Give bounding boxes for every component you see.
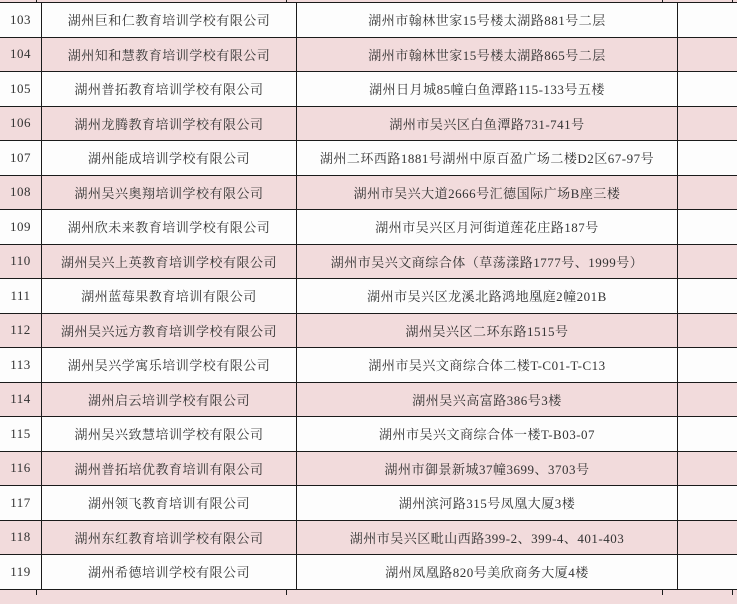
address-cell: 湖州吴兴区二环东路1515号 bbox=[297, 313, 678, 348]
partial-cell bbox=[663, 0, 733, 2]
address-cell: 湖州市御景新城37幢3699、3703号 bbox=[297, 451, 678, 486]
table-body: 103湖州巨和仁教育培训学校有限公司湖州市翰林世家15号楼太湖路881号二层10… bbox=[0, 3, 737, 590]
school-name-cell: 湖州吴兴致慧培训学校有限公司 bbox=[42, 417, 297, 452]
row-number-cell: 107 bbox=[0, 141, 42, 176]
row-number-cell: 110 bbox=[0, 244, 42, 279]
address-cell: 湖州市吴兴大道2666号汇德国际广场B座三楼 bbox=[297, 175, 678, 210]
school-name-cell: 湖州吴兴远方教育培训学校有限公司 bbox=[42, 313, 297, 348]
partial-cell bbox=[37, 590, 287, 595]
table-row: 114湖州启云培训学校有限公司湖州吴兴高富路386号3楼 bbox=[0, 382, 737, 417]
table-row: 118湖州东红教育培训学校有限公司湖州市吴兴区毗山西路399-2、399-4、4… bbox=[0, 520, 737, 555]
blank-cell bbox=[678, 141, 737, 176]
address-cell: 湖州市吴兴文商综合体一楼T-B03-07 bbox=[297, 417, 678, 452]
blank-cell bbox=[678, 382, 737, 417]
document-page: 103湖州巨和仁教育培训学校有限公司湖州市翰林世家15号楼太湖路881号二层10… bbox=[0, 0, 737, 604]
row-number-cell: 112 bbox=[0, 313, 42, 348]
row-number-cell: 103 bbox=[0, 3, 42, 38]
row-number-cell: 105 bbox=[0, 72, 42, 107]
row-number-cell: 115 bbox=[0, 417, 42, 452]
partial-cell bbox=[0, 590, 37, 595]
row-number-cell: 108 bbox=[0, 175, 42, 210]
school-name-cell: 湖州希德培训学校有限公司 bbox=[42, 555, 297, 590]
blank-cell bbox=[678, 279, 737, 314]
school-name-cell: 湖州启云培训学校有限公司 bbox=[42, 382, 297, 417]
partial-cell bbox=[0, 0, 37, 2]
partial-row-bottom bbox=[0, 590, 733, 595]
address-cell: 湖州日月城85幢白鱼潭路115-133号五楼 bbox=[297, 72, 678, 107]
blank-cell bbox=[678, 244, 737, 279]
blank-cell bbox=[678, 520, 737, 555]
address-cell: 湖州市吴兴区白鱼潭路731-741号 bbox=[297, 106, 678, 141]
school-list-table: 103湖州巨和仁教育培训学校有限公司湖州市翰林世家15号楼太湖路881号二层10… bbox=[0, 2, 737, 590]
address-cell: 湖州市吴兴文商综合体（草荡漾路1777号、1999号） bbox=[297, 244, 678, 279]
school-name-cell: 湖州龙腾教育培训学校有限公司 bbox=[42, 106, 297, 141]
table-row: 113湖州吴兴学寓乐培训学校有限公司湖州市吴兴文商综合体二楼T-C01-T-C1… bbox=[0, 348, 737, 383]
address-cell: 湖州市吴兴区龙溪北路鸿地凰庭2幢201B bbox=[297, 279, 678, 314]
address-cell: 湖州市翰林世家15号楼太湖路865号二层 bbox=[297, 37, 678, 72]
partial-cell bbox=[663, 590, 733, 595]
row-number-cell: 118 bbox=[0, 520, 42, 555]
table-row: 116湖州普拓培优教育培训有限公司湖州市御景新城37幢3699、3703号 bbox=[0, 451, 737, 486]
school-name-cell: 湖州吴兴上英教育培训学校有限公司 bbox=[42, 244, 297, 279]
school-name-cell: 湖州吴兴学寓乐培训学校有限公司 bbox=[42, 348, 297, 383]
table-row: 104湖州知和慧教育培训学校有限公司湖州市翰林世家15号楼太湖路865号二层 bbox=[0, 37, 737, 72]
blank-cell bbox=[678, 417, 737, 452]
blank-cell bbox=[678, 3, 737, 38]
partial-cell bbox=[37, 0, 287, 2]
row-number-cell: 111 bbox=[0, 279, 42, 314]
table-row: 103湖州巨和仁教育培训学校有限公司湖州市翰林世家15号楼太湖路881号二层 bbox=[0, 3, 737, 38]
table-row: 110湖州吴兴上英教育培训学校有限公司湖州市吴兴文商综合体（草荡漾路1777号、… bbox=[0, 244, 737, 279]
row-number-cell: 116 bbox=[0, 451, 42, 486]
table-row: 112湖州吴兴远方教育培训学校有限公司湖州吴兴区二环东路1515号 bbox=[0, 313, 737, 348]
table-row: 107湖州能成培训学校有限公司湖州二环西路1881号湖州中原百盈广场二楼D2区6… bbox=[0, 141, 737, 176]
address-cell: 湖州市翰林世家15号楼太湖路881号二层 bbox=[297, 3, 678, 38]
school-name-cell: 湖州蓝莓果教育培训有限公司 bbox=[42, 279, 297, 314]
blank-cell bbox=[678, 37, 737, 72]
row-number-cell: 119 bbox=[0, 555, 42, 590]
row-number-cell: 104 bbox=[0, 37, 42, 72]
address-cell: 湖州市吴兴区毗山西路399-2、399-4、401-403 bbox=[297, 520, 678, 555]
address-cell: 湖州市吴兴文商综合体二楼T-C01-T-C13 bbox=[297, 348, 678, 383]
school-name-cell: 湖州巨和仁教育培训学校有限公司 bbox=[42, 3, 297, 38]
table-row: 105湖州普拓教育培训学校有限公司湖州日月城85幢白鱼潭路115-133号五楼 bbox=[0, 72, 737, 107]
table-row: 106湖州龙腾教育培训学校有限公司湖州市吴兴区白鱼潭路731-741号 bbox=[0, 106, 737, 141]
blank-cell bbox=[678, 555, 737, 590]
school-name-cell: 湖州能成培训学校有限公司 bbox=[42, 141, 297, 176]
partial-cell bbox=[287, 0, 663, 2]
blank-cell bbox=[678, 72, 737, 107]
blank-cell bbox=[678, 313, 737, 348]
partial-row-top bbox=[0, 0, 733, 2]
row-number-cell: 113 bbox=[0, 348, 42, 383]
blank-cell bbox=[678, 451, 737, 486]
address-cell: 湖州二环西路1881号湖州中原百盈广场二楼D2区67-97号 bbox=[297, 141, 678, 176]
row-number-cell: 114 bbox=[0, 382, 42, 417]
table-row: 117湖州领飞教育培训有限公司湖州滨河路315号凤凰大厦3楼 bbox=[0, 486, 737, 521]
blank-cell bbox=[678, 348, 737, 383]
table-row: 108湖州吴兴奥翔培训学校有限公司湖州市吴兴大道2666号汇德国际广场B座三楼 bbox=[0, 175, 737, 210]
school-name-cell: 湖州吴兴奥翔培训学校有限公司 bbox=[42, 175, 297, 210]
blank-cell bbox=[678, 175, 737, 210]
address-cell: 湖州凤凰路820号美欣商务大厦4楼 bbox=[297, 555, 678, 590]
partial-cell bbox=[287, 590, 663, 595]
table-row: 109湖州欣未来教育培训学校有限公司湖州市吴兴区月河街道莲花庄路187号 bbox=[0, 210, 737, 245]
blank-cell bbox=[678, 210, 737, 245]
school-name-cell: 湖州欣未来教育培训学校有限公司 bbox=[42, 210, 297, 245]
blank-cell bbox=[678, 486, 737, 521]
address-cell: 湖州市吴兴区月河街道莲花庄路187号 bbox=[297, 210, 678, 245]
table-row: 111湖州蓝莓果教育培训有限公司湖州市吴兴区龙溪北路鸿地凰庭2幢201B bbox=[0, 279, 737, 314]
row-number-cell: 117 bbox=[0, 486, 42, 521]
school-name-cell: 湖州领飞教育培训有限公司 bbox=[42, 486, 297, 521]
school-name-cell: 湖州东红教育培训学校有限公司 bbox=[42, 520, 297, 555]
table-row: 115湖州吴兴致慧培训学校有限公司湖州市吴兴文商综合体一楼T-B03-07 bbox=[0, 417, 737, 452]
school-name-cell: 湖州普拓培优教育培训有限公司 bbox=[42, 451, 297, 486]
table-row: 119湖州希德培训学校有限公司湖州凤凰路820号美欣商务大厦4楼 bbox=[0, 555, 737, 590]
school-name-cell: 湖州普拓教育培训学校有限公司 bbox=[42, 72, 297, 107]
address-cell: 湖州滨河路315号凤凰大厦3楼 bbox=[297, 486, 678, 521]
row-number-cell: 106 bbox=[0, 106, 42, 141]
row-number-cell: 109 bbox=[0, 210, 42, 245]
address-cell: 湖州吴兴高富路386号3楼 bbox=[297, 382, 678, 417]
school-name-cell: 湖州知和慧教育培训学校有限公司 bbox=[42, 37, 297, 72]
blank-cell bbox=[678, 106, 737, 141]
